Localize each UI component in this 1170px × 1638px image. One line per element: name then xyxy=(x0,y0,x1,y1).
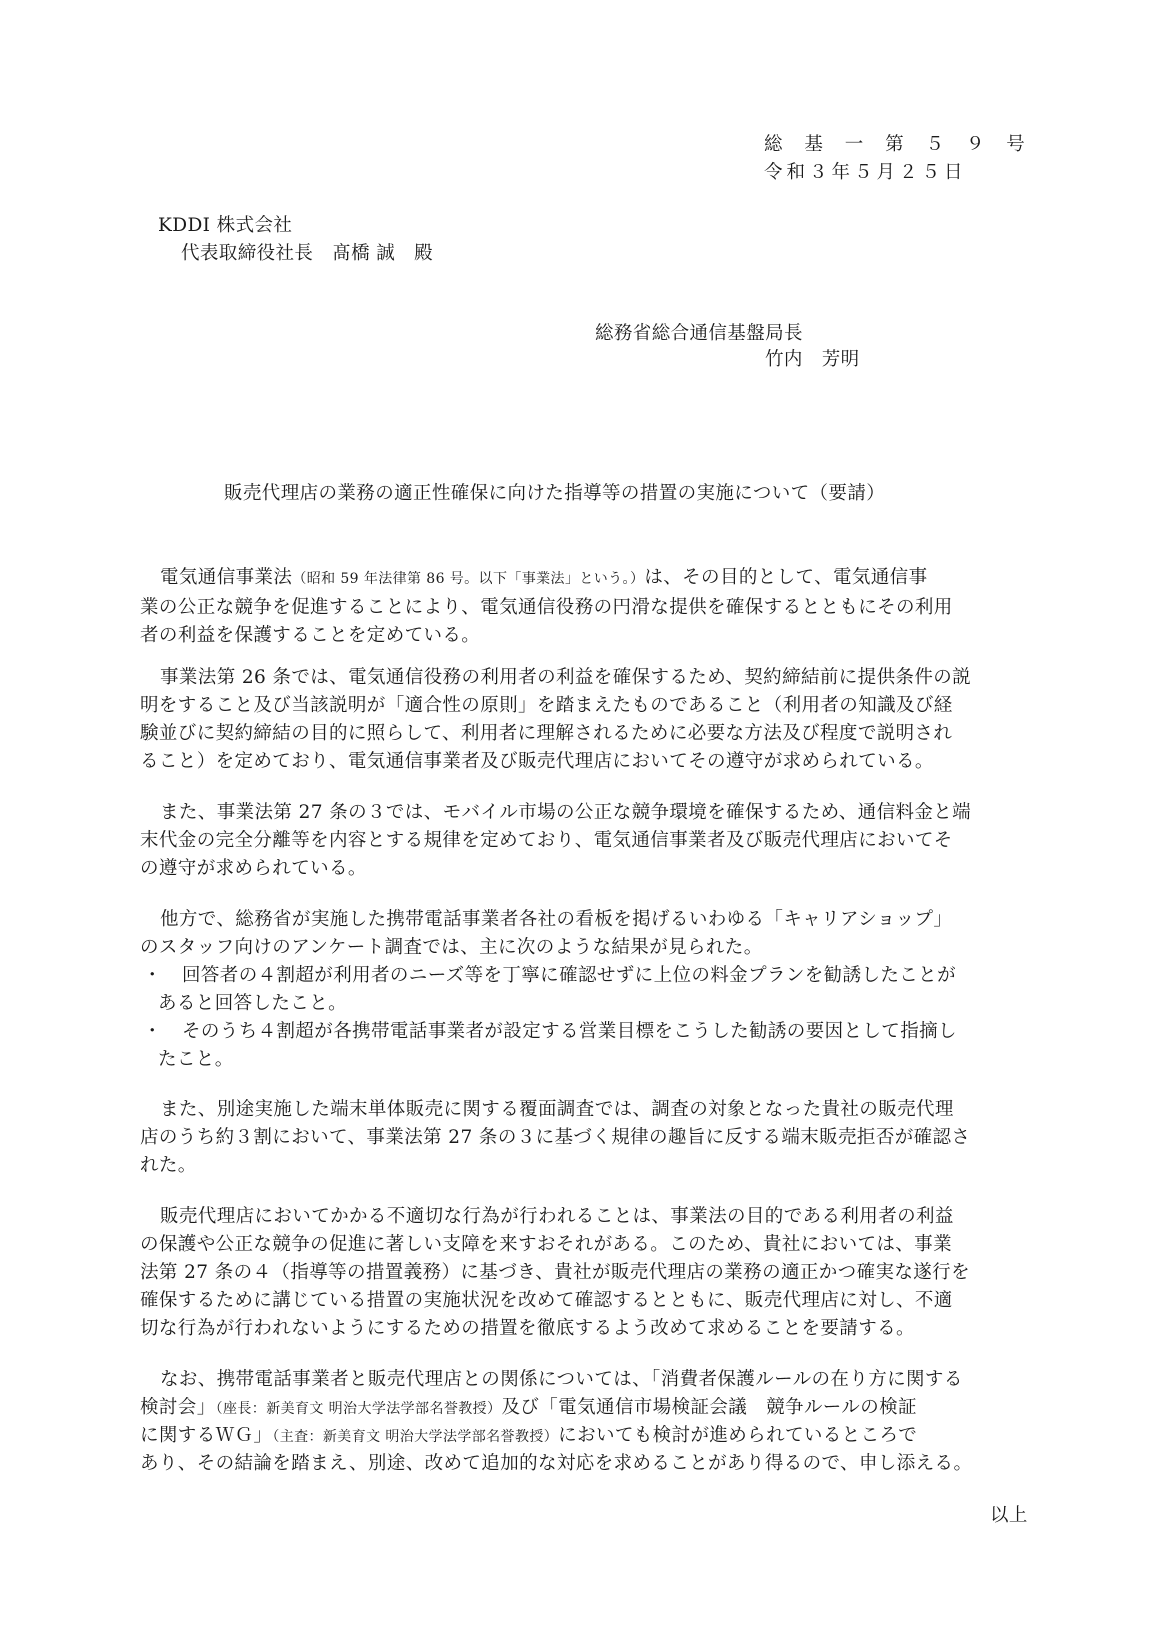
paragraph-4-line-1: 他方で、総務省が実施した携帯電話事業者各社の看板を掲げるいわゆる「キャリアショッ… xyxy=(160,906,1050,934)
bullet-2-marker: ・ xyxy=(143,1018,162,1046)
paragraph-7-line-1: なお、携帯電話事業者と販売代理店との関係については、「消費者保護ルールの在り方に… xyxy=(160,1366,1050,1394)
bullet-2-line-2: たこと。 xyxy=(158,1046,234,1074)
law-name: 電気通信事業法 xyxy=(160,567,292,588)
paragraph-1-line-1: 電気通信事業法（昭和 59 年法律第 86 号。以下「事業法」という。）は、その… xyxy=(160,564,1050,593)
sender-name: 竹内 芳明 xyxy=(765,346,860,374)
paragraph-6-line-1: 販売代理店においてかかる不適切な行為が行われることは、事業法の目的である利用者の… xyxy=(160,1203,1050,1231)
study-group-chair: （座長：新美育文 明治大学法学部名誉教授） xyxy=(216,1401,502,1417)
paragraph-6-line-2: の保護や公正な競争の促進に著しい支障を来すおそれがある。このため、貴社においては… xyxy=(140,1231,1030,1259)
paragraph-5-line-2: 店のうち約３割において、事業法第 27 条の３に基づく規律の趣旨に反する端末販売… xyxy=(140,1124,1030,1152)
document-page: 総 基 一 第 ５ ９ 号 令和３年５月２５日 KDDI 株式会社 代表取締役社… xyxy=(0,0,1170,1638)
paragraph-5-line-3: れた。 xyxy=(140,1152,1030,1180)
bullet-1-marker: ・ xyxy=(143,962,162,990)
paragraph-1-line-2: 業の公正な競争を促進することにより、電気通信役務の円滑な提供を確保するとともにそ… xyxy=(140,594,1030,622)
paragraph-7-line-3: に関するＷＧ」（主査：新美育文 明治大学法学部名誉教授）においても検討が進められ… xyxy=(140,1422,1030,1451)
wg-chair: （主査：新美育文 明治大学法学部名誉教授） xyxy=(272,1429,558,1445)
paragraph-6-line-4: 確保するために講じている措置の実施状況を改めて確認するとともに、販売代理店に対し… xyxy=(140,1287,1030,1315)
paragraph-6-line-3: 法第 27 条の４（指導等の措置義務）に基づき、貴社が販売代理店の業務の適正かつ… xyxy=(140,1259,1030,1287)
document-title: 販売代理店の業務の適正性確保に向けた指導等の措置の実施について（要請） xyxy=(224,480,885,508)
bullet-1-line-1: 回答者の４割超が利用者のニーズ等を丁寧に確認せずに上位の料金プランを勧誘したこと… xyxy=(182,962,956,990)
paragraph-3-line-1: また、事業法第 27 条の３では、モバイル市場の公正な競争環境を確保するため、通… xyxy=(160,799,1050,827)
paragraph-4-line-2: のスタッフ向けのアンケート調査では、主に次のような結果が見られた。 xyxy=(140,934,1030,962)
law-citation: （昭和 59 年法律第 86 号。以下「事業法」という。） xyxy=(292,571,644,587)
paragraph-5-line-1: また、別途実施した端末単体販売に関する覆面調査では、調査の対象となった貴社の販売… xyxy=(160,1096,1050,1124)
paragraph-7-text-2: においても検討が進められているところで xyxy=(558,1425,917,1446)
bullet-2-line-1: そのうち４割超が各携帯電話事業者が設定する営業目標をこうした勧誘の要因として指摘… xyxy=(182,1018,957,1046)
document-number: 総 基 一 第 ５ ９ 号 xyxy=(764,131,1033,159)
sender-office: 総務省総合通信基盤局長 xyxy=(595,320,803,348)
paragraph-3-line-3: の遵守が求められている。 xyxy=(140,855,1030,883)
paragraph-2-line-2: 明をすること及び当該説明が「適合性の原則」を踏まえたものであること（利用者の知識… xyxy=(140,692,1030,720)
addressee-person: 代表取締役社長 髙橋 誠 殿 xyxy=(181,240,433,268)
paragraph-2-line-3: 験並びに契約締結の目的に照らして、利用者に理解されるために必要な方法及び程度で説… xyxy=(140,720,1030,748)
paragraph-1-line-3: 者の利益を保護することを定めている。 xyxy=(140,622,1030,650)
paragraph-7-text: 及び「電気通信市場検証会議 競争ルールの検証 xyxy=(501,1397,916,1418)
wg-name: に関するＷＧ」 xyxy=(140,1425,272,1446)
paragraph-3-line-2: 末代金の完全分離等を内容とする規律を定めており、電気通信事業者及び販売代理店にお… xyxy=(140,827,1030,855)
bullet-1-line-2: あると回答したこと。 xyxy=(158,990,347,1018)
closing-mark: 以上 xyxy=(990,1502,1028,1530)
paragraph-1-text: は、その目的として、電気通信事 xyxy=(644,567,927,588)
paragraph-7-line-2: 検討会」（座長：新美育文 明治大学法学部名誉教授）及び「電気通信市場検証会議 競… xyxy=(140,1394,1030,1423)
addressee-company: KDDI 株式会社 xyxy=(158,212,292,240)
study-group-name: 検討会」 xyxy=(140,1397,216,1418)
paragraph-2-line-4: ること）を定めており、電気通信事業者及び販売代理店においてその遵守が求められてい… xyxy=(140,748,1030,776)
document-date: 令和３年５月２５日 xyxy=(764,159,967,187)
paragraph-6-line-5: 切な行為が行われないようにするための措置を徹底するよう改めて求めることを要請する… xyxy=(140,1315,1030,1343)
paragraph-7-line-4: あり、その結論を踏まえ、別途、改めて追加的な対応を求めることがあり得るので、申し… xyxy=(140,1450,1030,1478)
paragraph-2-line-1: 事業法第 26 条では、電気通信役務の利用者の利益を確保するため、契約締結前に提… xyxy=(160,664,1050,692)
